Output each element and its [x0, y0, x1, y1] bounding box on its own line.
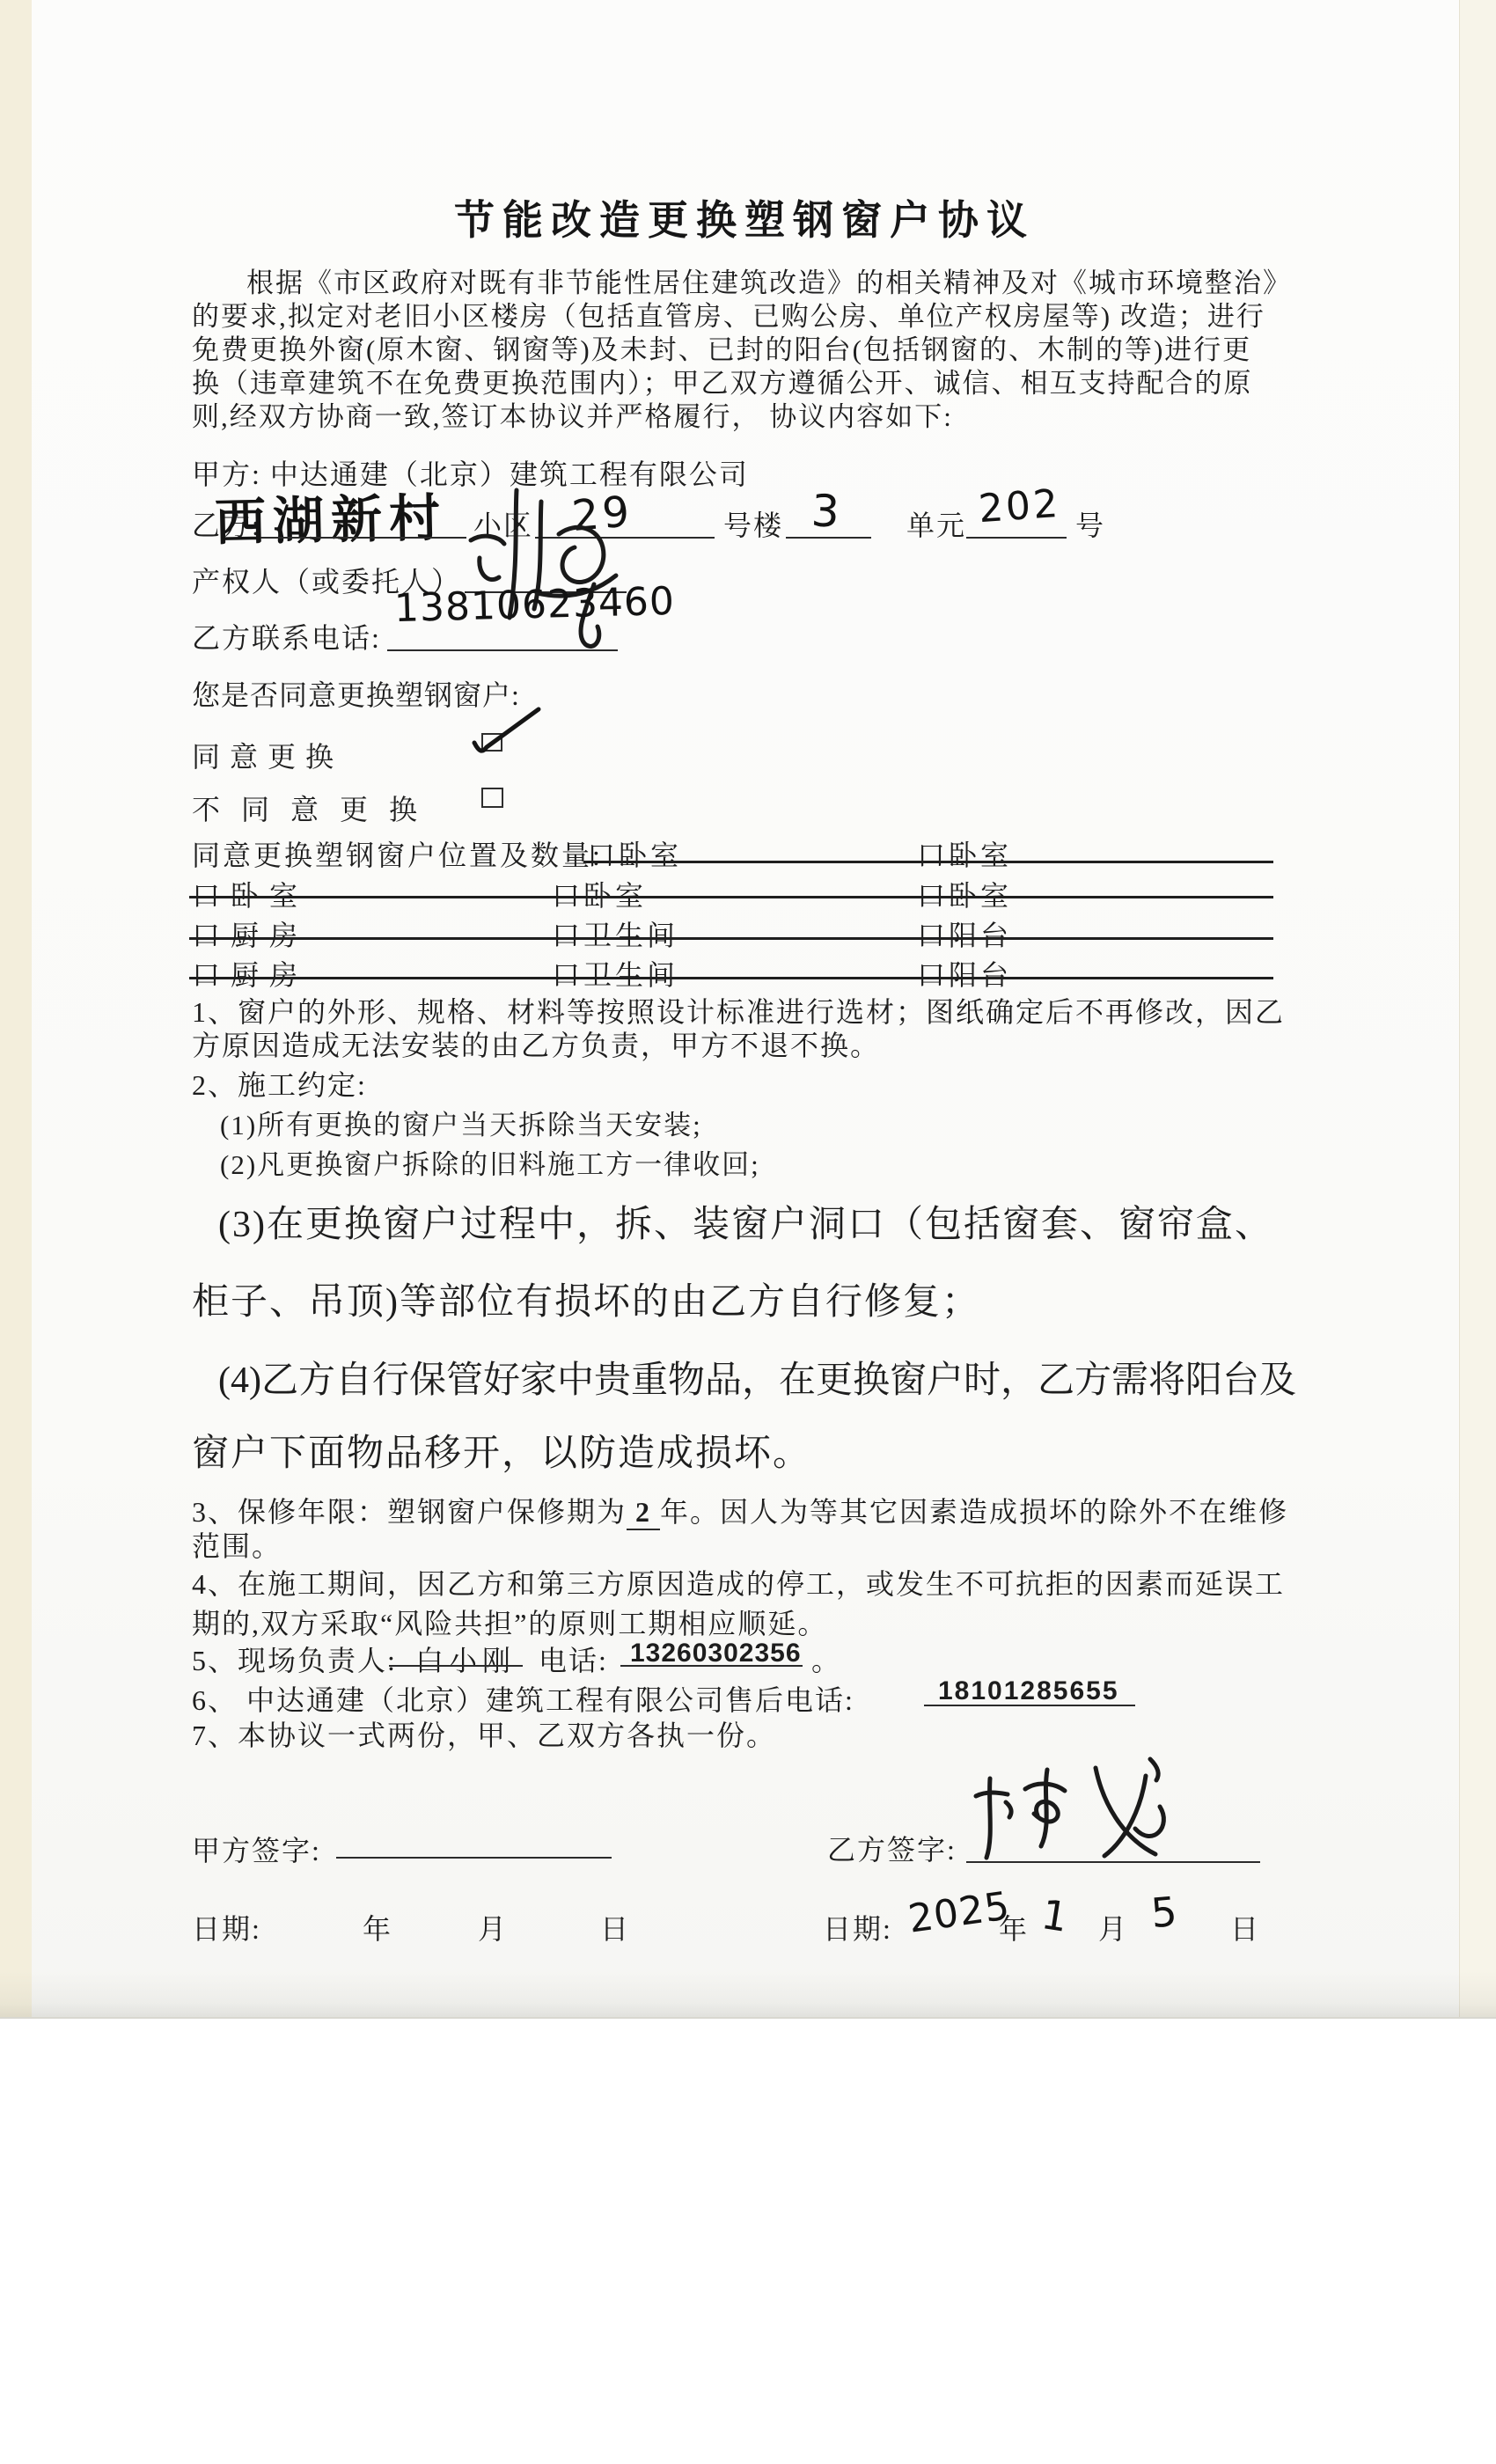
clause4-line-2: 期的,双方采取“风险共担”的原则工期相应顺延。 [192, 1602, 827, 1642]
clause3-line-1: 3、保修年限：塑钢窗户保修期为2年。因人为等其它因素造成损坏的除外不在维修 [192, 1490, 1288, 1530]
party-b-phone-underline [387, 649, 618, 651]
clause5-period: 。 [811, 1639, 841, 1679]
clause2-item-1: (1)所有更换的窗户当天拆除当天安装; [220, 1103, 702, 1142]
scanned-agreement-page: 节能改造更换塑钢窗户协议 根据《市区政府对既有非节能性居住建筑改造》的相关精神及… [0, 0, 1496, 2464]
party-b-date-month-char: 月 [1098, 1907, 1128, 1947]
table-cell-r2c2: 口卫生间 [552, 913, 678, 954]
party-b-date-year-char: 年 [999, 1907, 1029, 1947]
party-a-sign-underline [336, 1857, 612, 1859]
party-b-unit-underline [786, 537, 871, 539]
clause1-line-2: 方原因造成无法安装的由乙方负责，甲方不退不换。 [192, 1023, 880, 1064]
table-cell-r2c1: 口厨房 [192, 913, 308, 954]
clause6-phone: 18101285655 [938, 1676, 1119, 1706]
clause5-tel-label: 电话: [539, 1639, 608, 1679]
party-b-community-underline [260, 537, 466, 539]
table-line-3 [189, 937, 1273, 940]
party-b-phone-handwritten: 13810623460 [393, 579, 675, 631]
party-a-date-month-char: 月 [478, 1907, 508, 1947]
party-b-date-day-char: 日 [1230, 1907, 1260, 1947]
party-a-sign-label: 甲方签字: [192, 1829, 321, 1869]
party-a-date-day-char: 日 [600, 1907, 630, 1947]
clause4-line-1: 4、在施工期间，因乙方和第三方原因造成的停工，或发生不可抗拒的因素而延误工 [192, 1562, 1285, 1602]
party-b-danyuan-label: 单元 [906, 503, 966, 544]
paper-bottom-edge [0, 1971, 1496, 2019]
clause3-warranty-years: 2 [627, 1496, 660, 1530]
table-line-2 [189, 896, 1273, 898]
party-a-date-year-char: 年 [363, 1907, 392, 1947]
table-cell-r3c3: 口阳台 [917, 953, 1012, 994]
clause2-label: 2、施工约定: [192, 1063, 367, 1104]
agree-checkmark [472, 700, 546, 757]
clause2-item-2: (2)凡更换窗户拆除的旧料施工方一律收回; [220, 1142, 760, 1182]
table-cell-r2c3: 口阳台 [917, 913, 1012, 954]
party-b-community-handwritten: 西湖新村 [214, 476, 448, 555]
party-b-room-no-handwritten: 202 [977, 481, 1061, 532]
clause5-manager-underline [389, 1665, 523, 1667]
scan-right-edge [1459, 0, 1496, 2017]
clause3-suffix: 年。因人为等其它因素造成损坏的除外不在维修 [660, 1496, 1288, 1528]
clause2-item-4-line-2: 窗户下面物品移开，以防造成损坏。 [192, 1424, 811, 1477]
table-header-cell-1: 口卧室 [587, 833, 682, 874]
party-b-date-label: 日期: [823, 1907, 892, 1947]
clause2-item-4-line-1: (4)乙方自行保管好家中贵重物品，在更换窗户时，乙方需将阳台及 [218, 1351, 1296, 1404]
table-line-4 [189, 977, 1273, 979]
owner-signature [453, 486, 638, 657]
table-cell-r3c2: 口卫生间 [552, 953, 678, 994]
clause3-line-2: 范围。 [192, 1524, 282, 1565]
disagree-label: 不同意更换 [192, 788, 438, 828]
party-b-hao-label: 号 [1075, 503, 1105, 544]
table-header-cell-2: 口卧室 [917, 833, 1012, 874]
party-b-signature [964, 1754, 1210, 1873]
intro-line-5: 则,经双方协商一致,签订本协议并严格履行， 协议内容如下: [192, 394, 953, 434]
party-b-sign-label: 乙方签字: [827, 1828, 957, 1868]
clause5-phone-underline [620, 1665, 803, 1667]
agree-label: 同意更换 [192, 735, 343, 775]
scan-left-edge [0, 0, 32, 2017]
clause2-item-3-line-2: 柜子、吊顶)等部位有损坏的由乙方自行修复； [192, 1272, 980, 1325]
clause5-manager: 白小刚 [415, 1639, 516, 1679]
table-cell-r1c3: 口卧室 [917, 874, 1012, 914]
party-b-unit-no-handwritten: 3 [810, 485, 841, 538]
clause7-line: 7、本协议一式两份，甲、乙双方各执一份。 [192, 1713, 776, 1754]
clause2-item-3-line-1: (3)在更换窗户过程中，拆、装窗户洞口（包括窗套、窗帘盒、 [218, 1195, 1273, 1248]
doc-title: 节能改造更换塑钢窗户协议 [454, 188, 1035, 246]
clause6-phone-underline [924, 1705, 1135, 1706]
party-b-room-underline [966, 537, 1067, 539]
consent-question: 您是否同意更换塑钢窗户: [192, 673, 520, 714]
disagree-checkbox [481, 788, 503, 808]
party-b-phone-label: 乙方联系电话: [192, 616, 381, 656]
table-cell-r1c2: 口卧室 [552, 874, 647, 914]
clause5-phone: 13260302356 [630, 1639, 802, 1668]
party-b-date-day-handwritten: 5 [1149, 1888, 1179, 1937]
party-a-date-label: 日期: [192, 1907, 261, 1947]
clause3-prefix: 3、保修年限：塑钢窗户保修期为 [192, 1496, 627, 1528]
clause5-prefix: 5、现场负责人: [192, 1639, 397, 1679]
party-b-haolou-label: 号楼 [723, 503, 783, 544]
table-cell-r1c1: 口卧室 [192, 874, 308, 914]
table-header-label: 同意更换塑钢窗户位置及数量: [192, 833, 603, 874]
table-cell-r3c1: 口厨房 [192, 953, 308, 994]
table-line-1 [583, 861, 1273, 863]
